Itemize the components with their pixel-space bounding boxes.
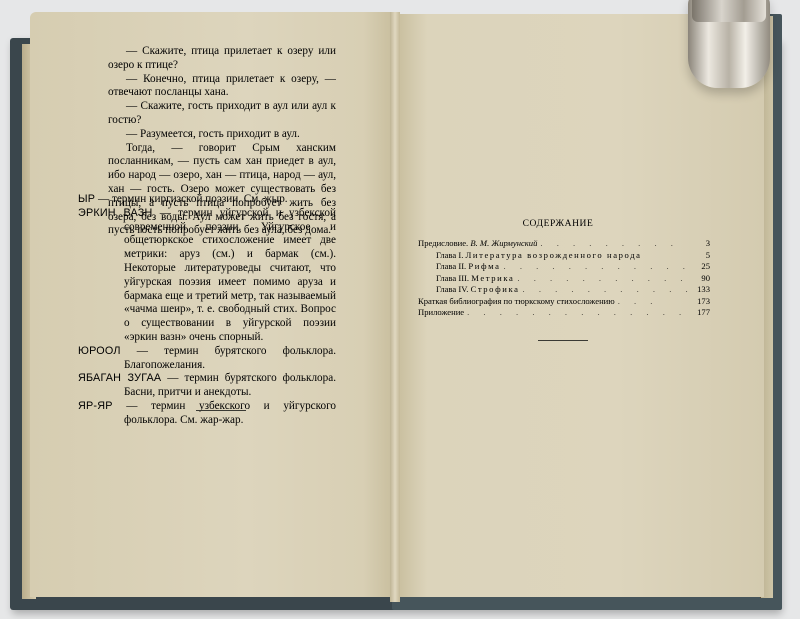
toc-page: 177 [692, 307, 710, 319]
glossary-definition: — термин узбекского и уйгурского фолькло… [124, 400, 336, 426]
toc-leader: . . . . . . . . . . . [514, 273, 692, 285]
toc-page: 133 [692, 284, 710, 296]
toc-label: Глава I. Литература возрожденного народа [436, 250, 642, 262]
book-gutter [390, 12, 400, 602]
dialog-line: — Скажите, птица прилетает к озеру или о… [108, 45, 336, 73]
glossary: ЫР — термин киргизской поэзии. См. жыр. … [78, 193, 336, 428]
metal-weight-cap [692, 0, 766, 22]
toc-entry: Глава II. Рифма . . . . . . . . . . . . … [418, 261, 710, 273]
toc-page: 5 [692, 250, 710, 262]
toc-leader: . . . . . . . . . . . . . . . . [464, 307, 692, 319]
toc-page: 3 [692, 238, 710, 250]
toc-entry: Глава I. Литература возрожденного народа… [418, 250, 710, 262]
glossary-entry: ЭРКИН ВАЗН — термин уйгурской и узбекско… [78, 207, 336, 345]
toc-label: Глава IV. Строфика [436, 284, 520, 296]
glossary-entry: ЯБАГАН ЗУГАА — термин бурятского фолькло… [78, 372, 336, 400]
glossary-definition: — термин уйгурской и узбекской современн… [124, 207, 336, 343]
toc-entry: Предисловие. В. М. Жирмунский . . . . . … [418, 238, 710, 250]
toc-page: 173 [692, 296, 710, 308]
toc-title: СОДЕРЖАНИЕ [478, 219, 638, 229]
end-rule-left [196, 410, 246, 411]
dialog-line: — Разумеется, гость приходит в аул. [108, 128, 336, 142]
toc-author: В. М. Жирмунский [470, 238, 537, 248]
toc-page: 90 [692, 273, 710, 285]
toc-label: Предисловие. В. М. Жирмунский [418, 238, 537, 250]
toc-page: 25 [692, 261, 710, 273]
dialog-line: — Конечно, птица прилетает к озеру, — от… [108, 73, 336, 101]
toc-leader: . . . . . . . . . . . . [501, 261, 692, 273]
glossary-term: ЮРООЛ [78, 345, 121, 357]
glossary-definition: — термин бурятского фольклора. Благопоже… [124, 345, 336, 371]
toc-leader: . . . . . . . . . [537, 238, 692, 250]
toc-entry: Краткая библиография по тюркскому стихос… [418, 296, 710, 308]
toc-entry: Приложение . . . . . . . . . . . . . . .… [418, 307, 710, 319]
toc-label: Краткая библиография по тюркскому стихос… [418, 296, 615, 308]
glossary-term: ЯР-ЯР [78, 400, 113, 412]
toc-label: Приложение [418, 307, 464, 319]
toc-leader: . . . [615, 296, 692, 308]
glossary-entry: ЫР — термин киргизской поэзии. См. жыр. [78, 193, 336, 207]
glossary-term: ЯБАГАН ЗУГАА [78, 372, 161, 384]
dialog-line: — Скажите, гость приходит в аул или аул … [108, 100, 336, 128]
glossary-entry: ЮРООЛ — термин бурятского фольклора. Бла… [78, 345, 336, 373]
toc-leader: . . . . . . . . . . . [520, 284, 692, 296]
toc-label: Глава III. Метрика [436, 273, 514, 285]
toc-entry: Глава III. Метрика . . . . . . . . . . .… [418, 273, 710, 285]
glossary-entry: ЯР-ЯР — термин узбекского и уйгурского ф… [78, 400, 336, 428]
glossary-definition: — термин киргизской поэзии. См. жыр. [98, 193, 288, 205]
glossary-term: ЭРКИН ВАЗН [78, 207, 152, 219]
glossary-term: ЫР [78, 193, 95, 205]
toc-entry: Глава IV. Строфика . . . . . . . . . . .… [418, 284, 710, 296]
toc-label: Глава II. Рифма [436, 261, 501, 273]
table-of-contents: Предисловие. В. М. Жирмунский . . . . . … [418, 238, 710, 319]
end-rule-right [538, 340, 588, 341]
